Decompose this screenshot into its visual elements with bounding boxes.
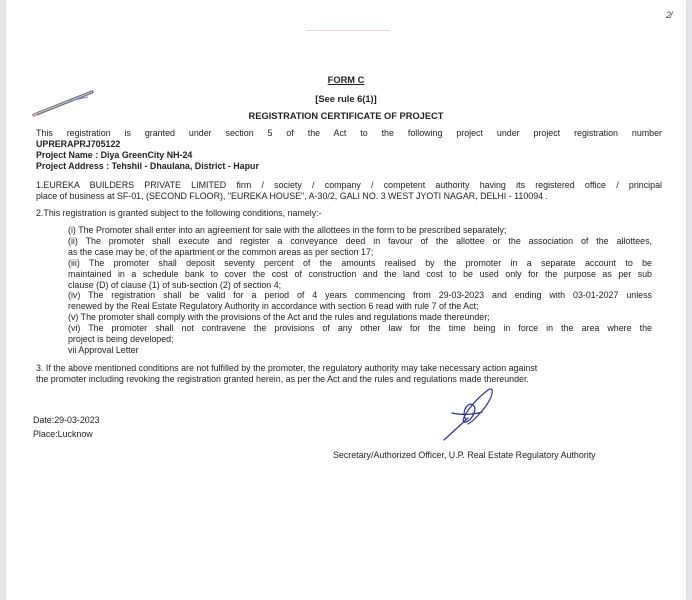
condition-6-line-2: project is being developed;	[68, 334, 652, 345]
registration-number: UPRERAPRJ705122	[36, 139, 662, 150]
paragraph-3-line-2: the promoter including revoking the regi…	[36, 374, 662, 385]
condition-2-line-2: as the case may be, of the apartment or …	[68, 247, 652, 258]
date-place-block: Date:29-03-2023 Place:Lucknow	[33, 414, 100, 441]
issue-date: Date:29-03-2023	[33, 414, 100, 428]
signature-icon	[438, 384, 500, 446]
condition-1-line-1: (i) The Promoter shall enter into an agr…	[68, 225, 652, 236]
paragraph-3-line-1: 3. If the above mentioned conditions are…	[36, 363, 662, 374]
signatory-caption: Secretary/Authorized Officer, U.P. Real …	[333, 450, 596, 460]
condition-3-line-1: (iii) The promoter shall deposit seventy…	[68, 258, 652, 269]
condition-3-line-3: clause (D) of clause (1) of sub-section …	[68, 280, 652, 291]
condition-5-line-1: (v) The promoter shall comply with the p…	[68, 312, 652, 323]
corner-mark: 2/	[666, 10, 672, 20]
condition-4-line-2: renewed by the Real Estate Regulatory Au…	[68, 301, 652, 312]
condition-3-line-2: maintained in a schedule bank to cover t…	[68, 269, 652, 280]
issue-place: Place:Lucknow	[33, 428, 100, 442]
rule-reference: [See rule 6(1)]	[0, 94, 692, 104]
condition-7-line-1: vii Approval Letter	[68, 345, 652, 356]
paragraph-1-line-1: 1.EUREKA BUILDERS PRIVATE LIMITED firm /…	[36, 180, 662, 191]
intro-line: This registration is granted under secti…	[36, 128, 662, 139]
condition-2-line-1: (ii) The promoter shall execute and regi…	[68, 236, 652, 247]
paragraph-1-line-2: place of business at SF-01, (SECOND FLOO…	[36, 191, 662, 202]
paragraph-2: 2.This registration is granted subject t…	[36, 208, 662, 219]
faint-header-mark	[306, 30, 390, 31]
form-title: FORM C	[0, 75, 692, 85]
project-name: Project Name : Diya GreenCity NH-24	[36, 150, 662, 161]
condition-6-line-1: (vi) The promoter shall not contravene t…	[68, 323, 652, 334]
project-address: Project Address : Tehshil - Dhaulana, Di…	[36, 161, 662, 172]
certificate-title: REGISTRATION CERTIFICATE OF PROJECT	[0, 111, 692, 121]
condition-4-line-1: (iv) The registration shall be valid for…	[68, 290, 652, 301]
